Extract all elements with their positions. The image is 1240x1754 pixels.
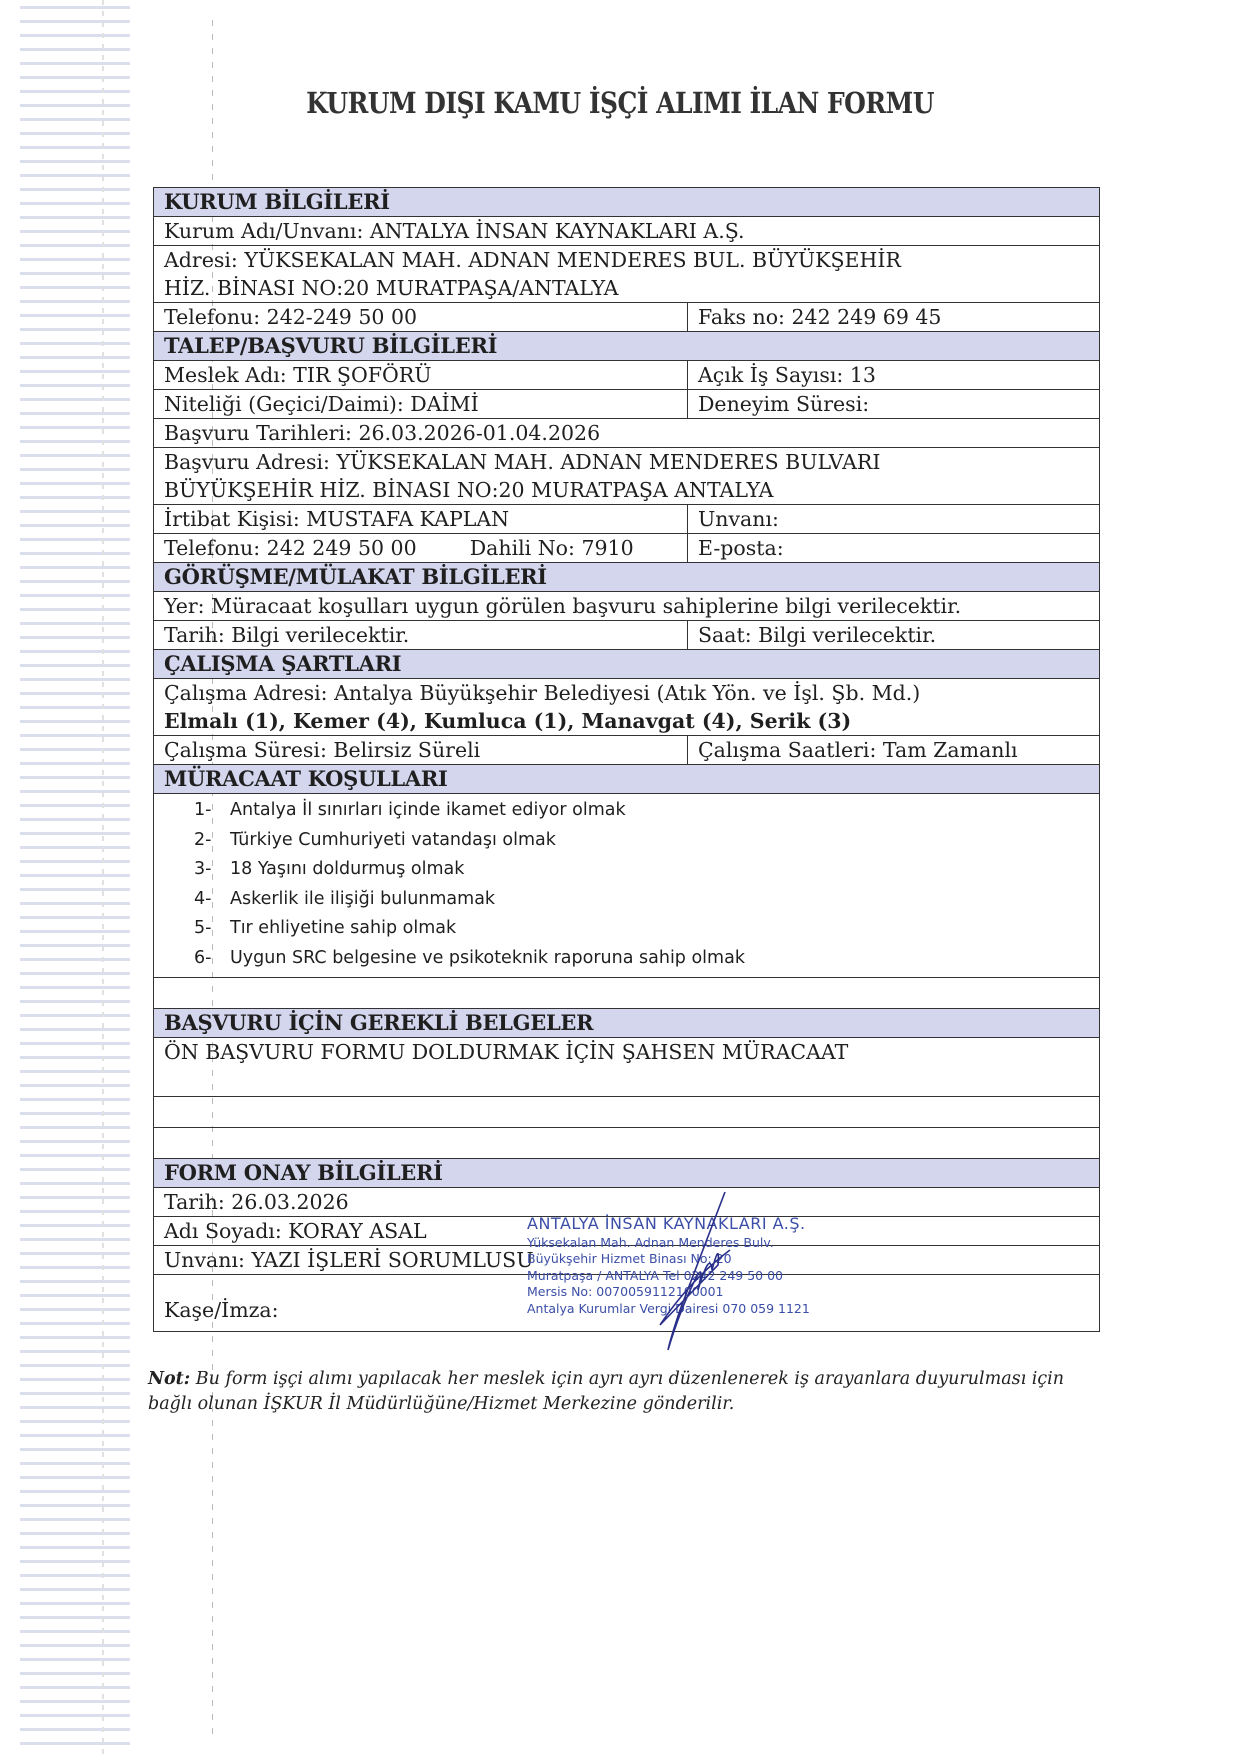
- condition-item: 2-Türkiye Cumhuriyeti vatandaşı olmak: [194, 826, 745, 856]
- job-posting-form: KURUM BİLGİLERİ Kurum Adı/Unvanı: ANTALY…: [153, 187, 1100, 1332]
- contact-person: İrtibat Kişisi: MUSTAFA KAPLAN: [154, 505, 688, 533]
- interview-location: Yer: Müracaat koşulları uygun görülen ba…: [154, 592, 1099, 620]
- row-gorusme-zaman: Tarih: Bilgi verilecektir. Saat: Bilgi v…: [154, 621, 1099, 650]
- contact-extension: Dahili No: 7910: [470, 536, 634, 560]
- section-title: FORM ONAY BİLGİLERİ: [154, 1159, 1099, 1187]
- employment-type: Niteliği (Geçici/Daimi): DAİMİ: [154, 390, 688, 418]
- work-locations: Elmalı (1), Kemer (4), Kumluca (1), Mana…: [164, 707, 1089, 735]
- condition-item: 3-18 Yaşını doldurmuş olmak: [194, 855, 745, 885]
- condition-text: Uygun SRC belgesine ve psikoteknik rapor…: [230, 948, 745, 968]
- section-gorusme-header: GÖRÜŞME/MÜLAKAT BİLGİLERİ: [154, 563, 1099, 592]
- occupation: Meslek Adı: TIR ŞOFÖRÜ: [154, 361, 688, 389]
- row-irtibat: İrtibat Kişisi: MUSTAFA KAPLAN Unvanı:: [154, 505, 1099, 534]
- interview-date: Tarih: Bilgi verilecektir.: [154, 621, 688, 649]
- application-address: Başvuru Adresi: YÜKSEKALAN MAH. ADNAN ME…: [154, 448, 1099, 504]
- condition-item: 4-Askerlik ile ilişiği bulunmamak: [194, 885, 745, 915]
- condition-item: 5-Tır ehliyetine sahip olmak: [194, 914, 745, 944]
- condition-number: 3-: [194, 855, 230, 885]
- empty-row: [154, 1097, 1099, 1128]
- section-muracaat-header: MÜRACAAT KOŞULLARI: [154, 765, 1099, 794]
- condition-number: 4-: [194, 885, 230, 915]
- section-title: BAŞVURU İÇİN GEREKLİ BELGELER: [154, 1009, 1099, 1037]
- scan-margin-artifact: [20, 0, 130, 1754]
- condition-text: Tır ehliyetine sahip olmak: [230, 918, 456, 938]
- row-kurum-adres: Adresi: YÜKSEKALAN MAH. ADNAN MENDERES B…: [154, 246, 1099, 303]
- row-kurum-adi: Kurum Adı/Unvanı: ANTALYA İNSAN KAYNAKLA…: [154, 217, 1099, 246]
- section-talep-header: TALEP/BAŞVURU BİLGİLERİ: [154, 332, 1099, 361]
- condition-text: Türkiye Cumhuriyeti vatandaşı olmak: [230, 830, 556, 850]
- work-duration: Çalışma Süresi: Belirsiz Süreli: [154, 736, 688, 764]
- row-gorusme-yer: Yer: Müracaat koşulları uygun görülen ba…: [154, 592, 1099, 621]
- required-documents: ÖN BAŞVURU FORMU DOLDURMAK İÇİN ŞAHSEN M…: [154, 1038, 1099, 1096]
- section-title: MÜRACAAT KOŞULLARI: [154, 765, 1099, 793]
- note-text: Bu form işçi alımı yapılacak her meslek …: [148, 1369, 1064, 1414]
- open-positions: Açık İş Sayısı: 13: [688, 361, 1099, 389]
- row-meslek: Meslek Adı: TIR ŞOFÖRÜ Açık İş Sayısı: 1…: [154, 361, 1099, 390]
- institution-phone: Telefonu: 242-249 50 00: [154, 303, 688, 331]
- signature-icon: [620, 1190, 750, 1360]
- section-onay-header: FORM ONAY BİLGİLERİ: [154, 1159, 1099, 1188]
- condition-number: 5-: [194, 914, 230, 944]
- contact-email: E-posta:: [688, 534, 1099, 562]
- section-title: KURUM BİLGİLERİ: [154, 188, 1099, 216]
- application-dates: Başvuru Tarihleri: 26.03.2026-01.04.2026: [154, 419, 1099, 447]
- section-title: TALEP/BAŞVURU BİLGİLERİ: [154, 332, 1099, 360]
- work-hours: Çalışma Saatleri: Tam Zamanlı: [688, 736, 1099, 764]
- contact-phone: Telefonu: 242 249 50 00: [164, 536, 417, 560]
- row-calisma-adres: Çalışma Adresi: Antalya Büyükşehir Beled…: [154, 679, 1099, 736]
- condition-text: 18 Yaşını doldurmuş olmak: [230, 859, 464, 879]
- institution-address: Adresi: YÜKSEKALAN MAH. ADNAN MENDERES B…: [154, 246, 1099, 302]
- condition-item: 6-Uygun SRC belgesine ve psikoteknik rap…: [194, 944, 745, 974]
- section-kurum-header: KURUM BİLGİLERİ: [154, 188, 1099, 217]
- section-belgeler-header: BAŞVURU İÇİN GEREKLİ BELGELER: [154, 1009, 1099, 1038]
- footnote: Not: Bu form işçi alımı yapılacak her me…: [148, 1367, 1108, 1417]
- section-title: ÇALIŞMA ŞARTLARI: [154, 650, 1099, 678]
- conditions-list: 1-Antalya İl sınırları içinde ikamet edi…: [154, 794, 745, 977]
- institution-fax: Faks no: 242 249 69 45: [688, 303, 1099, 331]
- row-kurum-iletisim: Telefonu: 242-249 50 00 Faks no: 242 249…: [154, 303, 1099, 332]
- empty-row: [154, 978, 1099, 1009]
- condition-number: 2-: [194, 826, 230, 856]
- row-basvuru-adresi: Başvuru Adresi: YÜKSEKALAN MAH. ADNAN ME…: [154, 448, 1099, 505]
- institution-name: Kurum Adı/Unvanı: ANTALYA İNSAN KAYNAKLA…: [154, 217, 1099, 245]
- experience: Deneyim Süresi:: [688, 390, 1099, 418]
- work-address-cell: Çalışma Adresi: Antalya Büyükşehir Beled…: [154, 679, 1099, 735]
- row-nitelik: Niteliği (Geçici/Daimi): DAİMİ Deneyim S…: [154, 390, 1099, 419]
- condition-item: 1-Antalya İl sınırları içinde ikamet edi…: [194, 796, 745, 826]
- condition-text: Antalya İl sınırları içinde ikamet ediyo…: [230, 800, 626, 820]
- page-title: KURUM DIŞI KAMU İŞÇİ ALIMI İLAN FORMU: [87, 86, 1153, 120]
- row-conditions: 1-Antalya İl sınırları içinde ikamet edi…: [154, 794, 1099, 978]
- row-basvuru-tarihleri: Başvuru Tarihleri: 26.03.2026-01.04.2026: [154, 419, 1099, 448]
- interview-time: Saat: Bilgi verilecektir.: [688, 621, 1099, 649]
- row-belgeler: ÖN BAŞVURU FORMU DOLDURMAK İÇİN ŞAHSEN M…: [154, 1038, 1099, 1097]
- condition-number: 6-: [194, 944, 230, 974]
- contact-phone-cell: Telefonu: 242 249 50 00 Dahili No: 7910: [154, 534, 688, 562]
- row-irtibat-telefon: Telefonu: 242 249 50 00 Dahili No: 7910 …: [154, 534, 1099, 563]
- row-calisma-sure: Çalışma Süresi: Belirsiz Süreli Çalışma …: [154, 736, 1099, 765]
- condition-text: Askerlik ile ilişiği bulunmamak: [230, 889, 495, 909]
- note-label: Not:: [148, 1369, 190, 1389]
- condition-number: 1-: [194, 796, 230, 826]
- section-calisma-header: ÇALIŞMA ŞARTLARI: [154, 650, 1099, 679]
- work-address: Çalışma Adresi: Antalya Büyükşehir Beled…: [164, 679, 1089, 707]
- section-title: GÖRÜŞME/MÜLAKAT BİLGİLERİ: [154, 563, 1099, 591]
- contact-title: Unvanı:: [688, 505, 1099, 533]
- empty-row: [154, 1128, 1099, 1159]
